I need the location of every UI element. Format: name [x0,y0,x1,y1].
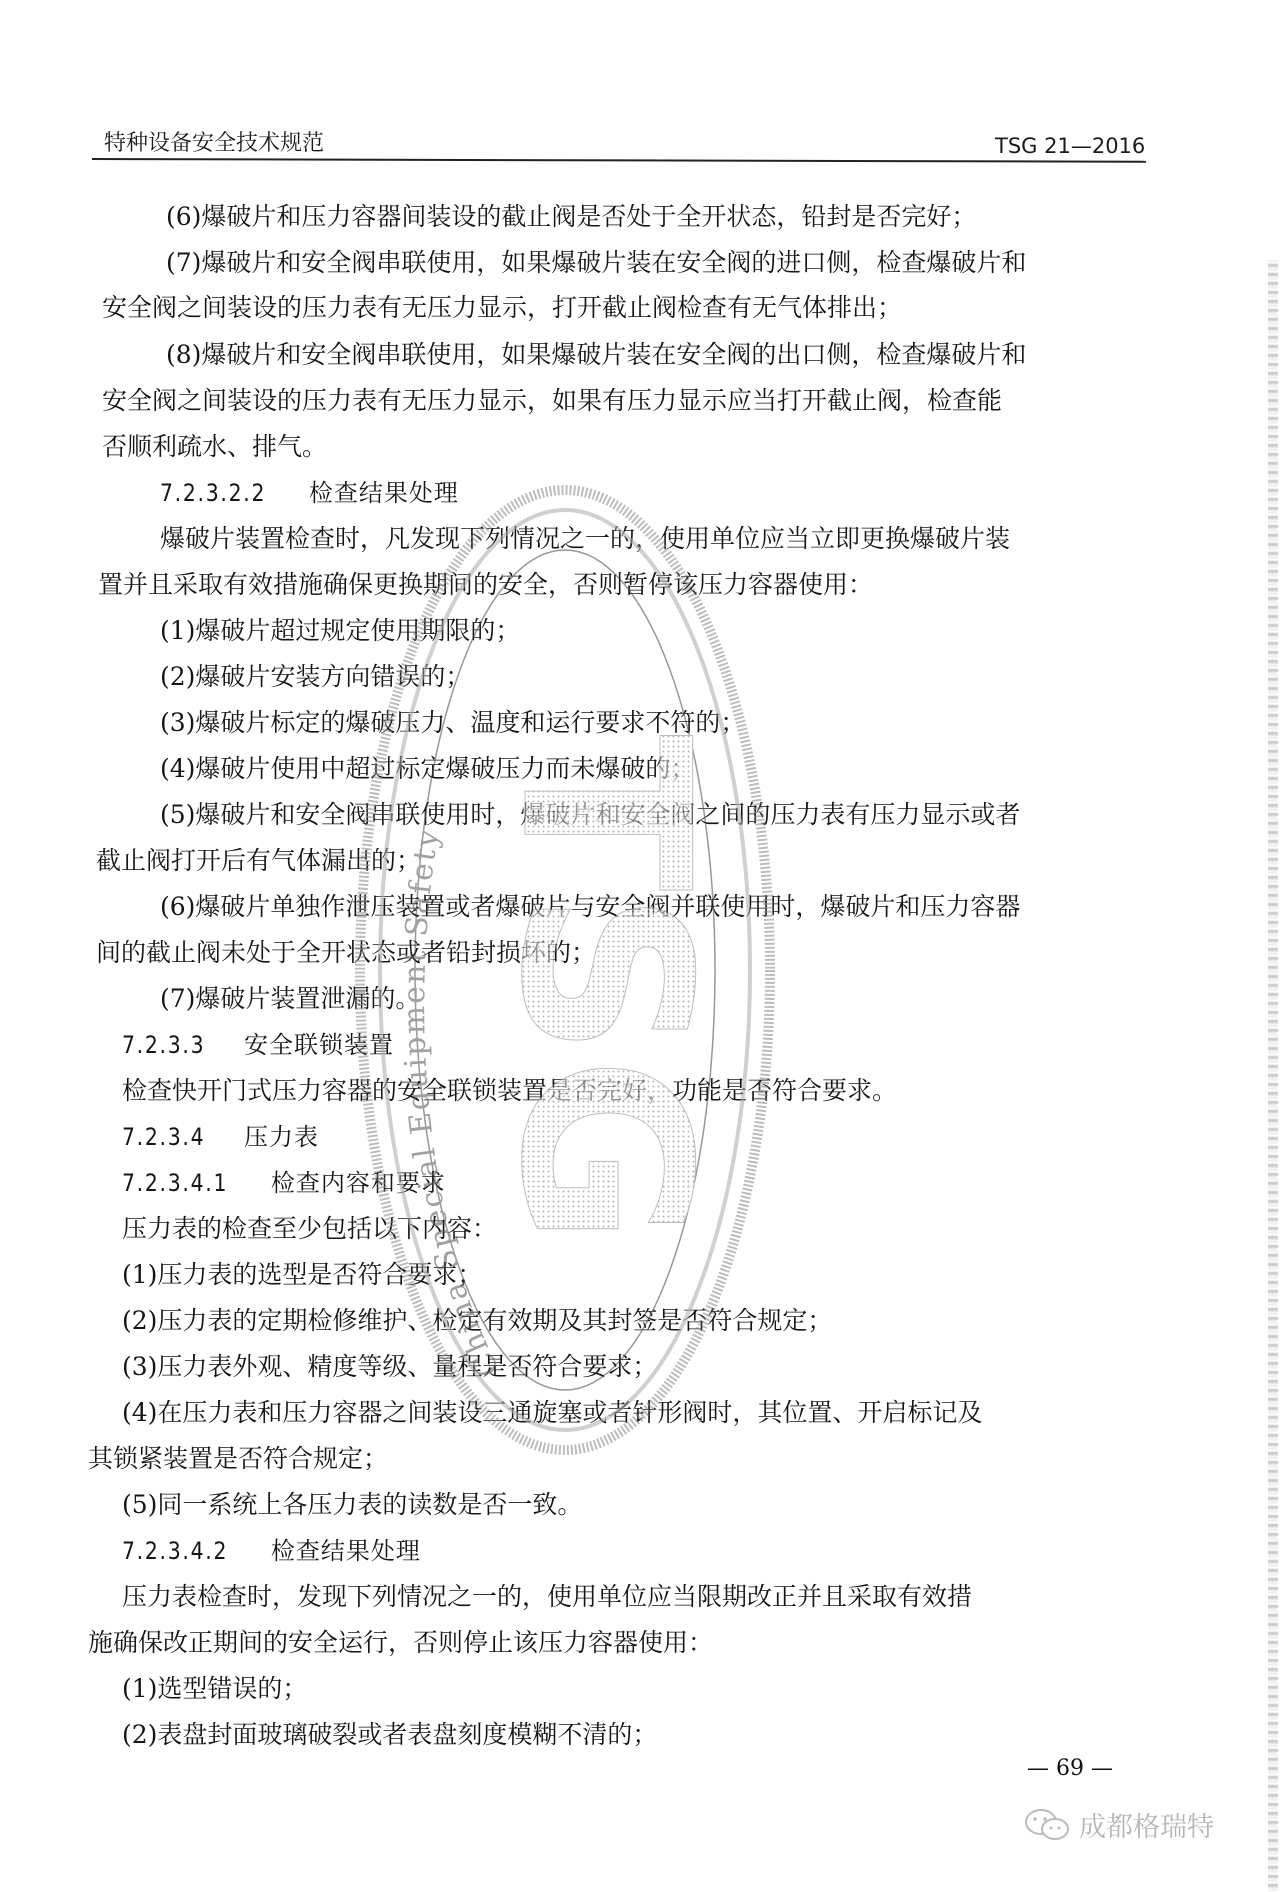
paragraph-line: 检查快开门式压力容器的安全联锁装置是否完好，功能是否符合要求。 [122,1076,897,1106]
header-divider [92,158,1146,163]
list-item-continuation: 间的截止阀未处于全开状态或者铅封损坏的； [96,938,596,968]
list-item: (1)爆破片超过规定使用期限的； [160,616,520,646]
wechat-icon [1023,1807,1073,1843]
paragraph-line: 压力表检查时，发现下列情况之一的，使用单位应当限期改正并且采取有效措 [122,1582,972,1612]
section-title: 检查内容和要求 [271,1169,446,1197]
list-item-continuation: 其锁紧装置是否符合规定； [88,1444,388,1474]
paragraph-line: (8)爆破片和安全阀串联使用，如果爆破片装在安全阀的出口侧，检查爆破片和 [166,340,1026,370]
paragraph-line: 安全阀之间装设的压力表有无压力显示，打开截止阀检查有无气体排出； [102,293,902,323]
list-item: (2)爆破片安装方向错误的； [160,662,470,692]
section-title: 安全联锁装置 [244,1031,394,1059]
list-item: (6)爆破片单独作泄压装置或者爆破片与安全阀并联使用时，爆破片和压力容器 [160,892,1020,922]
section-number: 7.2.3.3 [122,1030,205,1060]
section-heading-7-2-3-4-2: 7.2.3.4.2检查结果处理 [122,1536,421,1566]
section-heading-7-2-3-3: 7.2.3.3安全联锁装置 [122,1030,394,1060]
section-title: 检查结果处理 [309,479,459,507]
page-number: — 69 — [1027,1756,1113,1781]
paragraph-line: 置并且采取有效措施确保更换期间的安全，否则暂停该压力容器使用： [98,570,873,600]
list-item: (5)爆破片和安全阀串联使用时，爆破片和安全阀之间的压力表有压力显示或者 [160,800,1020,830]
list-item: (5)同一系统上各压力表的读数是否一致。 [122,1490,582,1520]
paragraph-line: 否顺利疏水、排气。 [102,432,327,462]
list-item: (2)压力表的定期检修维护、检定有效期及其封签是否符合规定； [122,1306,832,1336]
section-number: 7.2.3.4 [122,1122,205,1152]
paragraph-line: 安全阀之间装设的压力表有无压力显示，如果有压力显示应当打开截止阀，检查能 [102,386,1002,416]
list-item-continuation: 截止阀打开后有气体漏出的； [96,846,421,876]
paragraph-line: 施确保改正期间的安全运行，否则停止该压力容器使用： [88,1628,713,1658]
list-item: (2)表盘封面玻璃破裂或者表盘刻度模糊不清的； [122,1720,657,1750]
wechat-account-name: 成都格瑞特 [1079,1805,1214,1844]
section-heading-7-2-3-2-2: 7.2.3.2.2检查结果处理 [160,478,459,508]
paragraph-line: 压力表的检查至少包括以下内容： [122,1214,497,1244]
section-number: 7.2.3.4.1 [122,1168,228,1198]
list-item: (3)爆破片标定的爆破压力、温度和运行要求不符的； [160,708,745,738]
document-page: 特种设备安全技术规范 TSG 21—2016 (6)爆破片和压力容器间装设的截止… [0,0,1280,1892]
section-heading-7-2-3-4-1: 7.2.3.4.1检查内容和要求 [122,1168,446,1198]
header-standard-code: TSG 21—2016 [995,134,1145,158]
paragraph-line: (6)爆破片和压力容器间装设的截止阀是否处于全开状态，铅封是否完好； [166,202,976,232]
wechat-watermark: 成都格瑞特 [1023,1805,1214,1844]
list-item: (3)压力表外观、精度等级、量程是否符合要求； [122,1352,657,1382]
scan-edge-artifact [1268,260,1278,1892]
section-title: 检查结果处理 [271,1537,421,1565]
list-item: (4)爆破片使用中超过标定爆破压力而未爆破的； [160,754,695,784]
list-item: (4)在压力表和压力容器之间装设三通旋塞或者针形阀时，其位置、开启标记及 [122,1398,982,1428]
section-heading-7-2-3-4: 7.2.3.4压力表 [122,1122,319,1152]
paragraph-line: 爆破片装置检查时，凡发现下列情况之一的，使用单位应当立即更换爆破片装 [160,524,1010,554]
list-item: (1)压力表的选型是否符合要求； [122,1260,482,1290]
section-number: 7.2.3.4.2 [122,1536,228,1566]
list-item: (7)爆破片装置泄漏的。 [160,984,420,1014]
section-title: 压力表 [244,1123,319,1151]
list-item: (1)选型错误的； [122,1674,307,1704]
paragraph-line: (7)爆破片和安全阀串联使用，如果爆破片装在安全阀的进口侧，检查爆破片和 [166,248,1026,278]
section-number: 7.2.3.2.2 [160,478,266,508]
header-title: 特种设备安全技术规范 [104,126,324,157]
